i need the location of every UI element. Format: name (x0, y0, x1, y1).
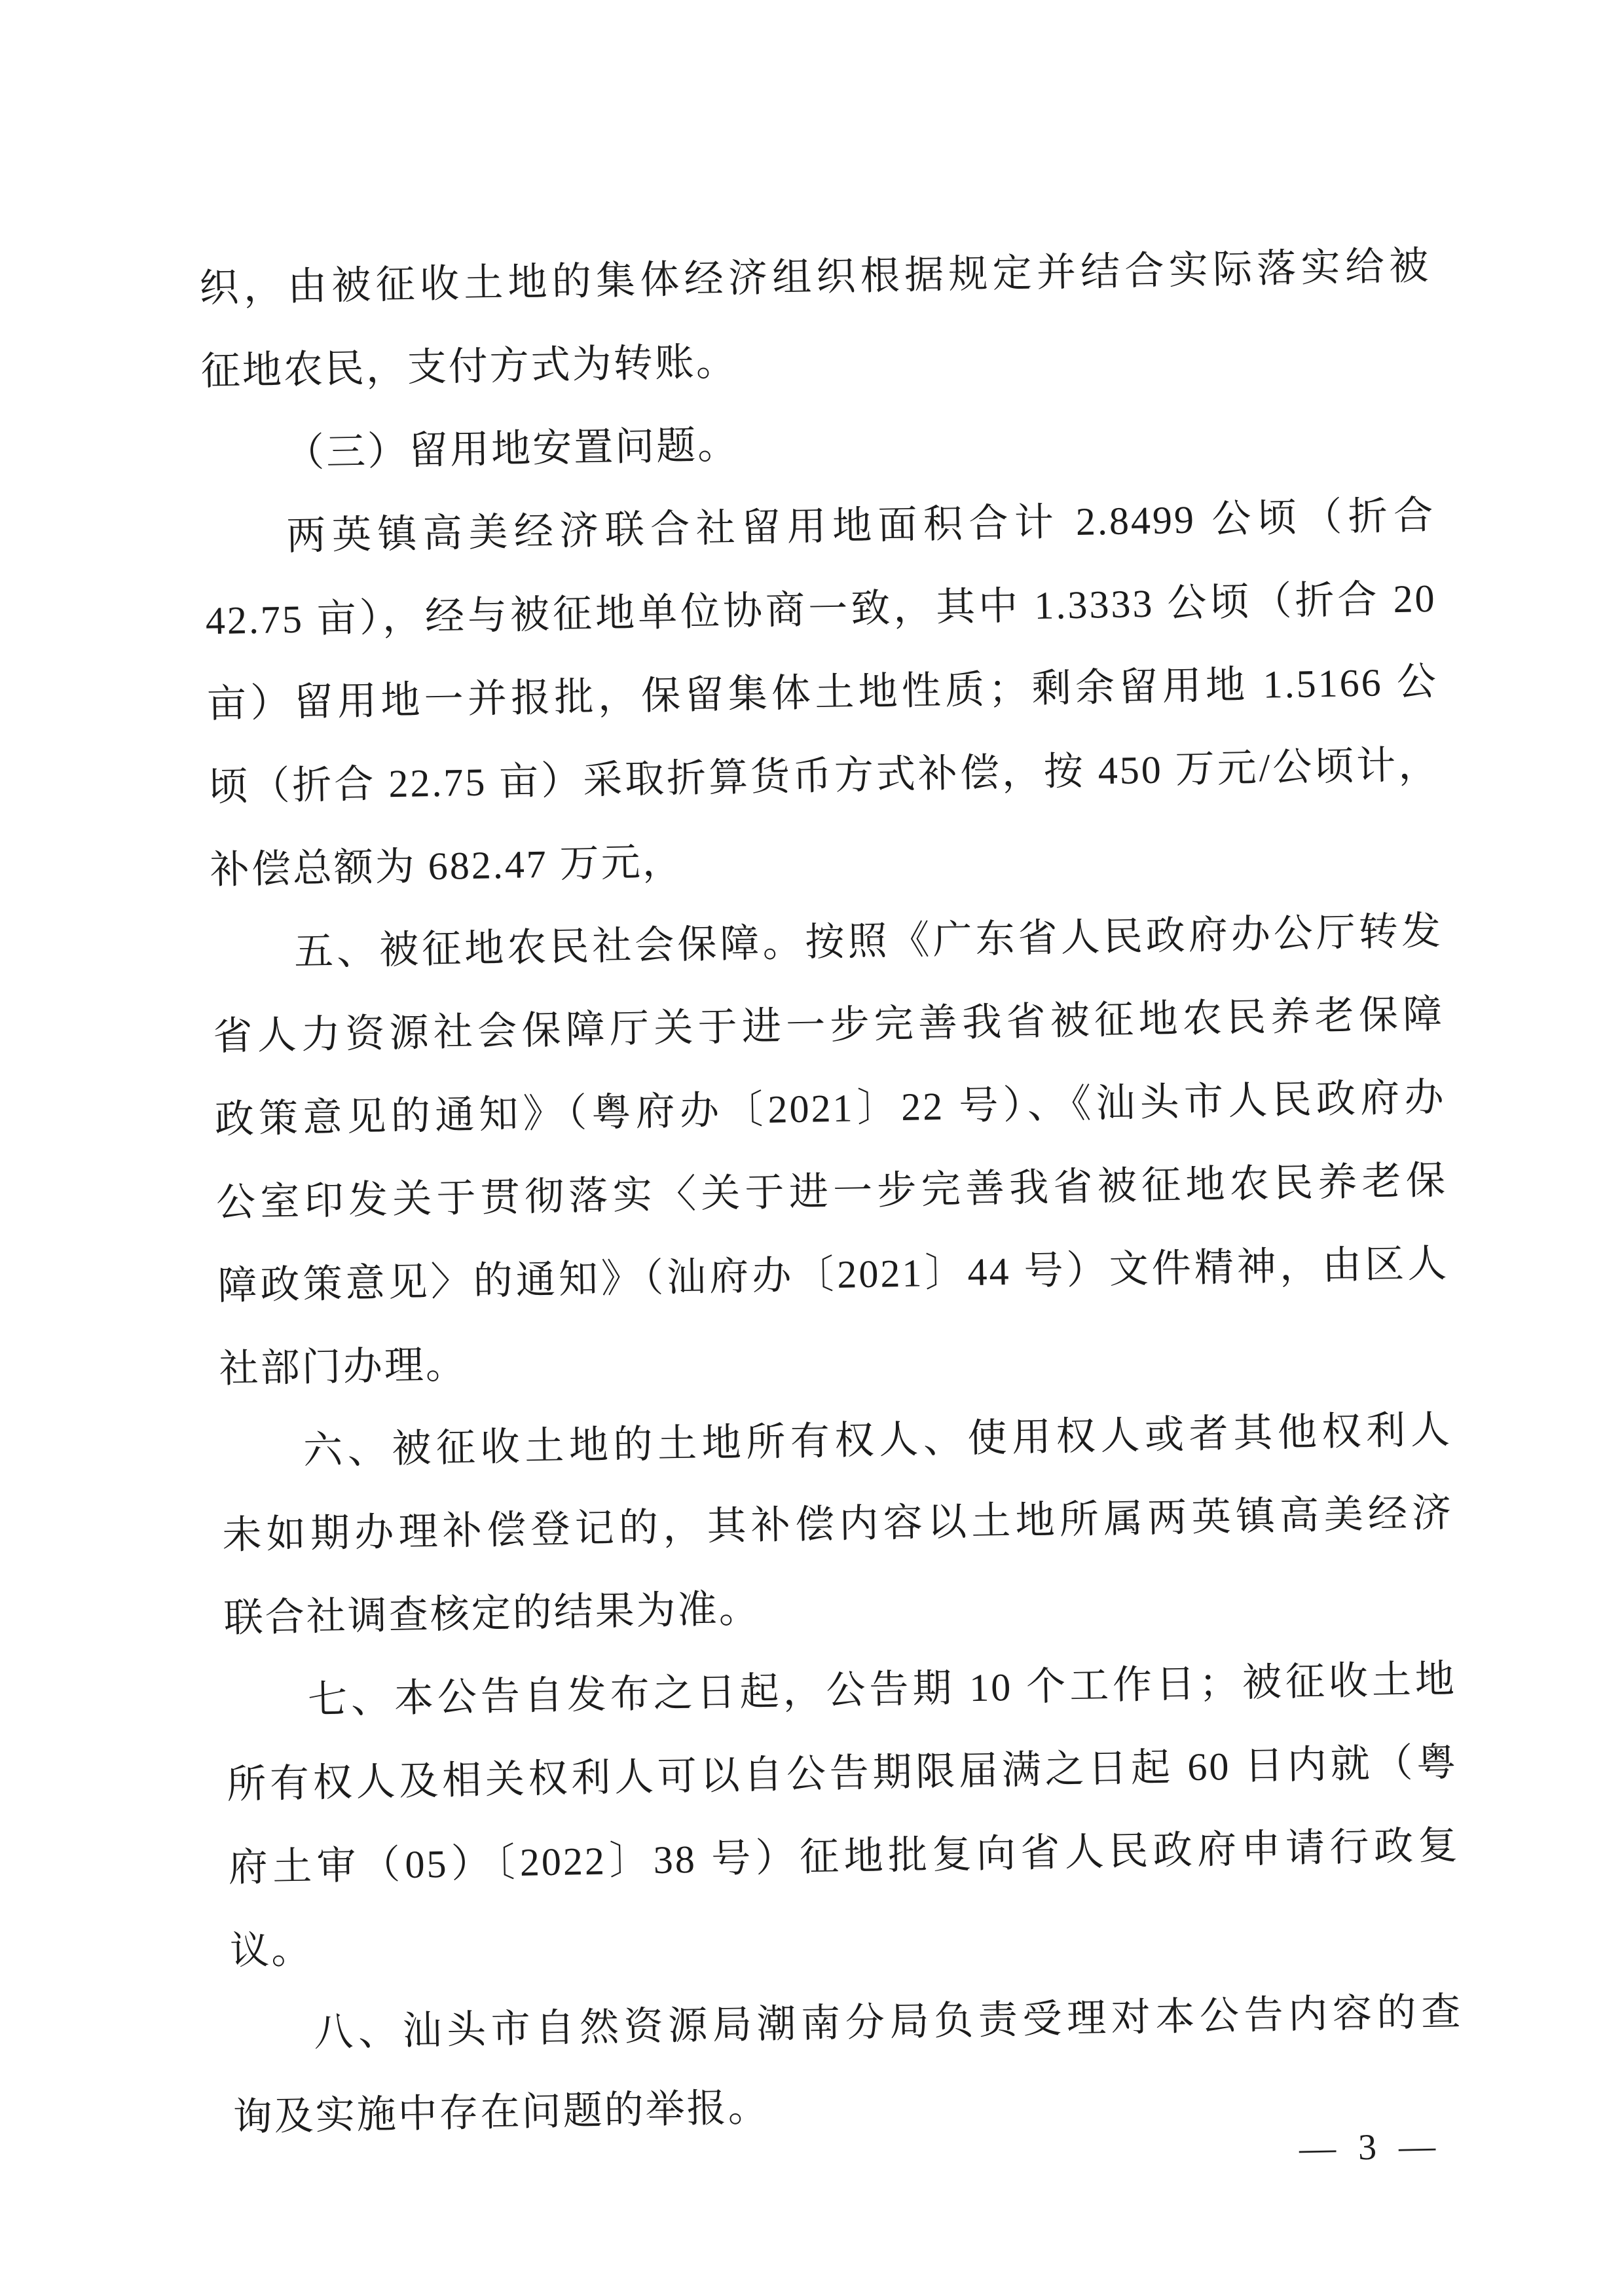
page-number: — 3 — (1299, 2125, 1442, 2170)
document-body: 织，由被征收土地的集体经济组织根据规定并结合实际落实给被征地农民，支付方式为转账… (198, 225, 1464, 2159)
document-page: 织，由被征收土地的集体经济组织根据规定并结合实际落实给被征地农民，支付方式为转账… (0, 0, 1624, 2296)
